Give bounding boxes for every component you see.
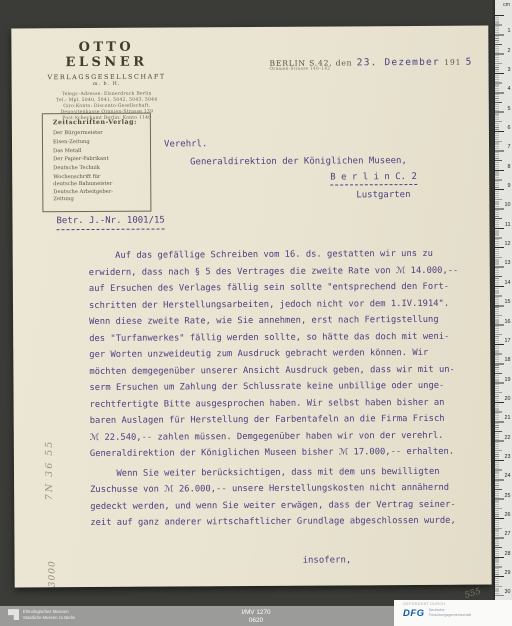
ruler-number: 12 — [501, 228, 511, 247]
dfg-funding-panel: GEFÖRDERT DURCH DFG Deutsche Forschungsg… — [394, 600, 512, 626]
journal-item: Der Papier-Fabrikant — [53, 156, 125, 163]
page-number: 0620 — [241, 617, 270, 625]
ruler-number: 4 — [501, 73, 511, 92]
dfg-logo: DFG — [403, 608, 425, 619]
ruler-number: 23 — [501, 441, 511, 460]
reference-number: Betr. J.-Nr. 1001/15 — [56, 216, 164, 230]
ruler-number: 7 — [501, 131, 511, 150]
ruler-number: 27 — [501, 518, 511, 537]
journal-item: Deutsche Technik — [53, 165, 125, 172]
ruler-number: 19 — [501, 363, 511, 382]
journal-item: Das Metall — [53, 147, 125, 154]
pencil-annotation-bottom-right: 555 — [464, 586, 483, 601]
letter-paper: OTTO ELSNER VERLAGSGESELLSCHAFT m. b. H.… — [11, 26, 491, 588]
street-line: Oranien-Strasse 140–142 — [270, 66, 331, 71]
body-line: Auf das gefällige Schreiben vom 16. ds. … — [89, 246, 473, 265]
cm-ruler: cm 1234567891011121314151617181920212223… — [495, 0, 512, 626]
letterhead: OTTO ELSNER VERLAGSGESELLSCHAFT m. b. H.… — [37, 39, 176, 122]
body-line: Zuschusse von ℳ 26.000,-- unsere Herstel… — [90, 480, 474, 499]
ruler-number: 20 — [501, 383, 511, 402]
ruler-number: 15 — [501, 286, 511, 305]
recipient-city: B e r l i n C. 2 — [330, 172, 417, 186]
recipient-street: Lustgarten — [356, 190, 410, 200]
ruler-number: 9 — [501, 170, 511, 189]
museum-logo-icon — [8, 609, 19, 620]
ruler-number: 6 — [501, 112, 511, 131]
year-typed: 5 — [466, 57, 473, 68]
closing-word: insofern, — [303, 555, 352, 565]
ruler-number: 1 — [501, 15, 511, 34]
body-line: zeit auf ganz anderer wirtschaftlicher G… — [90, 513, 474, 532]
ruler-number: 2 — [501, 34, 511, 53]
journal-item: Deutsche Arbeitgeber-Zeitung — [53, 189, 125, 203]
ruler-number: 30 — [501, 576, 511, 595]
pencil-annotation-vertical-2: 3000 — [48, 560, 58, 587]
museum-org: Staatliche Museen zu Berlin — [23, 615, 75, 621]
date-typed: 23. Dezember — [357, 57, 440, 69]
ruler-number: 3 — [501, 54, 511, 73]
company-legal-form: m. b. H. — [38, 81, 176, 87]
journal-item: Eisen-Zeitung — [53, 139, 125, 146]
ruler-number: 29 — [501, 557, 511, 576]
paragraph-1: Auf das gefällige Schreiben vom 16. ds. … — [89, 246, 474, 463]
body-line: auf Ersuchen des Verlages fällig sein so… — [89, 279, 473, 298]
letter-body: Auf das gefällige Schreiben vom 16. ds. … — [89, 246, 475, 532]
company-name: OTTO ELSNER — [37, 39, 175, 70]
funding-label: GEFÖRDERT DURCH — [403, 602, 512, 606]
ruler-number: 8 — [501, 150, 511, 169]
ruler-numbers: 1234567891011121314151617181920212223242… — [501, 15, 511, 595]
dfg-name: Deutsche Forschungsgemeinschaft — [429, 608, 471, 618]
recipient-name: Generaldirektion der Königlichen Museen, — [190, 156, 407, 167]
body-line: serm Ersuchen um Zahlung der Schlussrate… — [89, 378, 473, 397]
ruler-number: 25 — [501, 479, 511, 498]
recipient-salutation: Verehrl. — [164, 139, 207, 149]
journals-box: Zeitschriften-Verlag: Der BürgermeisterE… — [42, 113, 152, 212]
museum-name: Ethnologisches Museum — [23, 609, 75, 615]
journals-title: Zeitschriften-Verlag: — [53, 119, 150, 127]
ruler-number: 18 — [501, 344, 511, 363]
ruler-number: 5 — [501, 92, 511, 111]
document-identifiers: I/MV 1270 0620 — [241, 609, 270, 625]
museum-credit: Ethnologisches Museum Staatliche Museen … — [8, 609, 75, 620]
journal-item: Der Bürgermeister — [53, 130, 125, 137]
ruler-number: 22 — [501, 421, 511, 440]
journals-list: Der BürgermeisterEisen-ZeitungDas Metall… — [53, 130, 150, 203]
ruler-number: 21 — [501, 402, 511, 421]
ruler-number: 16 — [501, 305, 511, 324]
scanned-letter-page: OTTO ELSNER VERLAGSGESELLSCHAFT m. b. H.… — [0, 0, 512, 626]
document-id: I/MV 1270 — [241, 609, 270, 617]
body-line: Wenn diese zweite Rate, wie Sie annehmen… — [89, 312, 473, 331]
museum-text: Ethnologisches Museum Staatliche Museen … — [23, 609, 75, 620]
company-type: VERLAGSGESELLSCHAFT — [38, 72, 176, 81]
ruler-number: 17 — [501, 325, 511, 344]
body-line: Generaldirektion der Königlichen Museen … — [90, 444, 474, 463]
ruler-number: 10 — [501, 189, 511, 208]
journal-item: Wochenschrift für deutsche Bahnmeister — [53, 174, 125, 188]
year-printed: 191 — [444, 58, 461, 67]
body-line: ger Worten unzweideutig zum Ausdruck geb… — [89, 345, 473, 364]
ruler-number: 11 — [501, 208, 511, 227]
body-line: baren Auslagen für Herstellung der Farbe… — [90, 411, 474, 430]
ruler-number: 28 — [501, 537, 511, 556]
ruler-number: 24 — [501, 460, 511, 479]
paragraph-2: Wenn Sie weiter berücksichtigen, dass mi… — [90, 463, 474, 531]
ruler-number: 13 — [501, 247, 511, 266]
pencil-annotation-vertical-1: 7N 36 55 — [44, 440, 55, 501]
ruler-unit-label: cm — [503, 2, 510, 8]
ruler-number: 26 — [501, 499, 511, 518]
ruler-number: 14 — [501, 266, 511, 285]
